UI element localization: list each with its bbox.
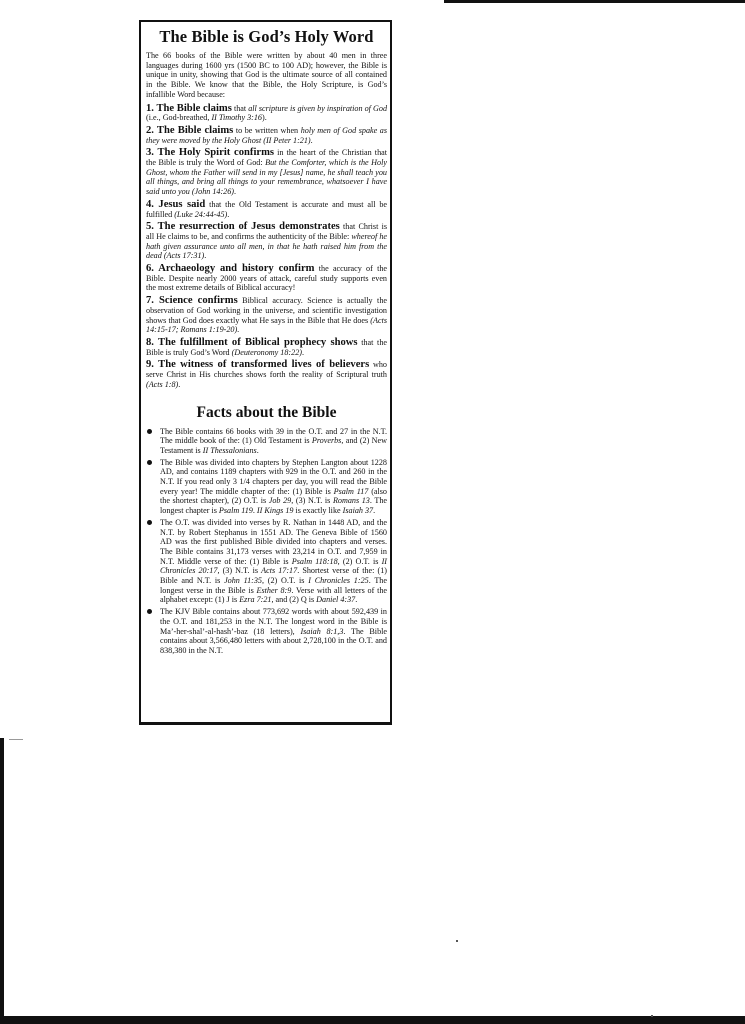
scripture-citation: Job 29 <box>269 496 291 505</box>
bullet-icon <box>147 429 152 434</box>
claim-item: 3. The Holy Spirit confirms in the heart… <box>146 148 387 197</box>
claim-item: 9. The witness of transformed lives of b… <box>146 360 387 389</box>
fact-text: The Bible contains 66 books with 39 in t… <box>160 427 387 456</box>
claim-heading: 1. The Bible claims <box>146 103 232 114</box>
scripture-citation: (Acts 1:8) <box>146 380 178 389</box>
scripture-citation: John 11:35 <box>224 576 262 585</box>
claim-text: 5. The resurrection of Jesus demonstrate… <box>146 222 387 261</box>
fact-item: The Bible contains 66 books with 39 in t… <box>146 427 387 456</box>
claim-item: 4. Jesus said that the Old Testament is … <box>146 200 387 219</box>
scripture-citation: all scripture is given by inspiration of… <box>248 104 387 113</box>
fact-item: The KJV Bible contains about 773,692 wor… <box>146 607 387 656</box>
claims-list: 1. The Bible claims that all scripture i… <box>146 104 387 390</box>
fact-item: The O.T. was divided into verses by R. N… <box>146 518 387 605</box>
claim-text: 4. Jesus said that the Old Testament is … <box>146 200 387 219</box>
claim-item: 1. The Bible claims that all scripture i… <box>146 104 387 123</box>
claim-heading: 5. The resurrection of Jesus demonstrate… <box>146 221 340 232</box>
claim-text: 7. Science confirms Biblical accuracy. S… <box>146 296 387 335</box>
claim-heading: 8. The fulfillment of Biblical prophecy … <box>146 337 358 348</box>
scripture-citation: Psalm 119 <box>219 506 253 515</box>
fact-item: The Bible was divided into chapters by S… <box>146 458 387 516</box>
scripture-citation: Esther 8:9 <box>257 586 292 595</box>
scripture-citation: Isaiah 8:1,3 <box>300 627 343 636</box>
claim-text: 2. The Bible claims to be written when h… <box>146 126 387 145</box>
scripture-citation: Psalm 118:18 <box>292 557 338 566</box>
claim-heading: 9. The witness of transformed lives of b… <box>146 359 369 370</box>
scripture-citation: Isaiah 37 <box>343 506 373 515</box>
article-intro: The 66 books of the Bible were written b… <box>146 51 387 100</box>
claim-text: 1. The Bible claims that all scripture i… <box>146 104 387 123</box>
scan-edge-bottom <box>0 1016 745 1024</box>
scan-edge-left <box>0 738 4 1024</box>
scripture-citation: Ezra 7:21 <box>239 595 271 604</box>
claim-text: 8. The fulfillment of Biblical prophecy … <box>146 338 387 357</box>
bullet-icon <box>147 609 152 614</box>
fact-text: The O.T. was divided into verses by R. N… <box>160 518 387 605</box>
scripture-citation: (Acts 14:15-17; Romans 1:19-20) <box>146 316 387 335</box>
scan-speck <box>651 1015 653 1017</box>
scan-speck <box>456 940 458 942</box>
scripture-citation: whereof he hath given assurance unto all… <box>146 232 387 260</box>
article-title: The Bible is God’s Holy Word <box>146 27 387 46</box>
scripture-citation: II Thessalonians <box>203 446 257 455</box>
scripture-citation: I Chronicles 1:25 <box>308 576 368 585</box>
scan-mark <box>9 739 23 740</box>
fact-text: The Bible was divided into chapters by S… <box>160 458 387 516</box>
claim-heading: 4. Jesus said <box>146 199 205 210</box>
claim-heading: 2. The Bible claims <box>146 125 233 136</box>
bullet-icon <box>147 460 152 465</box>
claim-text: 6. Archaeology and history confirm the a… <box>146 264 387 293</box>
bullet-icon <box>147 520 152 525</box>
scripture-citation: II Kings 19 <box>257 506 294 515</box>
claim-text: 3. The Holy Spirit confirms in the heart… <box>146 148 387 197</box>
claim-item: 5. The resurrection of Jesus demonstrate… <box>146 222 387 261</box>
claim-heading: 3. The Holy Spirit confirms <box>146 147 274 158</box>
claim-text: 9. The witness of transformed lives of b… <box>146 360 387 389</box>
claim-item: 2. The Bible claims to be written when h… <box>146 126 387 145</box>
claim-item: 6. Archaeology and history confirm the a… <box>146 264 387 293</box>
claim-item: 7. Science confirms Biblical accuracy. S… <box>146 296 387 335</box>
article-box: The Bible is God’s Holy Word The 66 book… <box>139 20 392 725</box>
scripture-citation: (Luke 24:44-45) <box>174 210 227 219</box>
scripture-citation: II Timothy 3:16 <box>211 113 262 122</box>
facts-list: The Bible contains 66 books with 39 in t… <box>146 427 387 656</box>
fact-text: The KJV Bible contains about 773,692 wor… <box>160 607 387 656</box>
scan-edge-top <box>444 0 745 3</box>
scripture-citation: Acts 17:17 <box>261 566 297 575</box>
scripture-citation: Romans 13 <box>333 496 370 505</box>
claim-heading: 7. Science confirms <box>146 295 238 306</box>
claim-item: 8. The fulfillment of Biblical prophecy … <box>146 338 387 357</box>
scripture-citation: Psalm 117 <box>334 487 369 496</box>
scripture-citation: But the Comforter, which is the Holy Gho… <box>146 158 387 196</box>
scripture-citation: Proverbs <box>312 436 341 445</box>
claim-heading: 6. Archaeology and history confirm <box>146 263 315 274</box>
scripture-citation: Daniel 4:37 <box>316 595 355 604</box>
facts-title: Facts about the Bible <box>146 404 387 422</box>
scripture-citation: (Deuteronomy 18:22) <box>232 348 302 357</box>
